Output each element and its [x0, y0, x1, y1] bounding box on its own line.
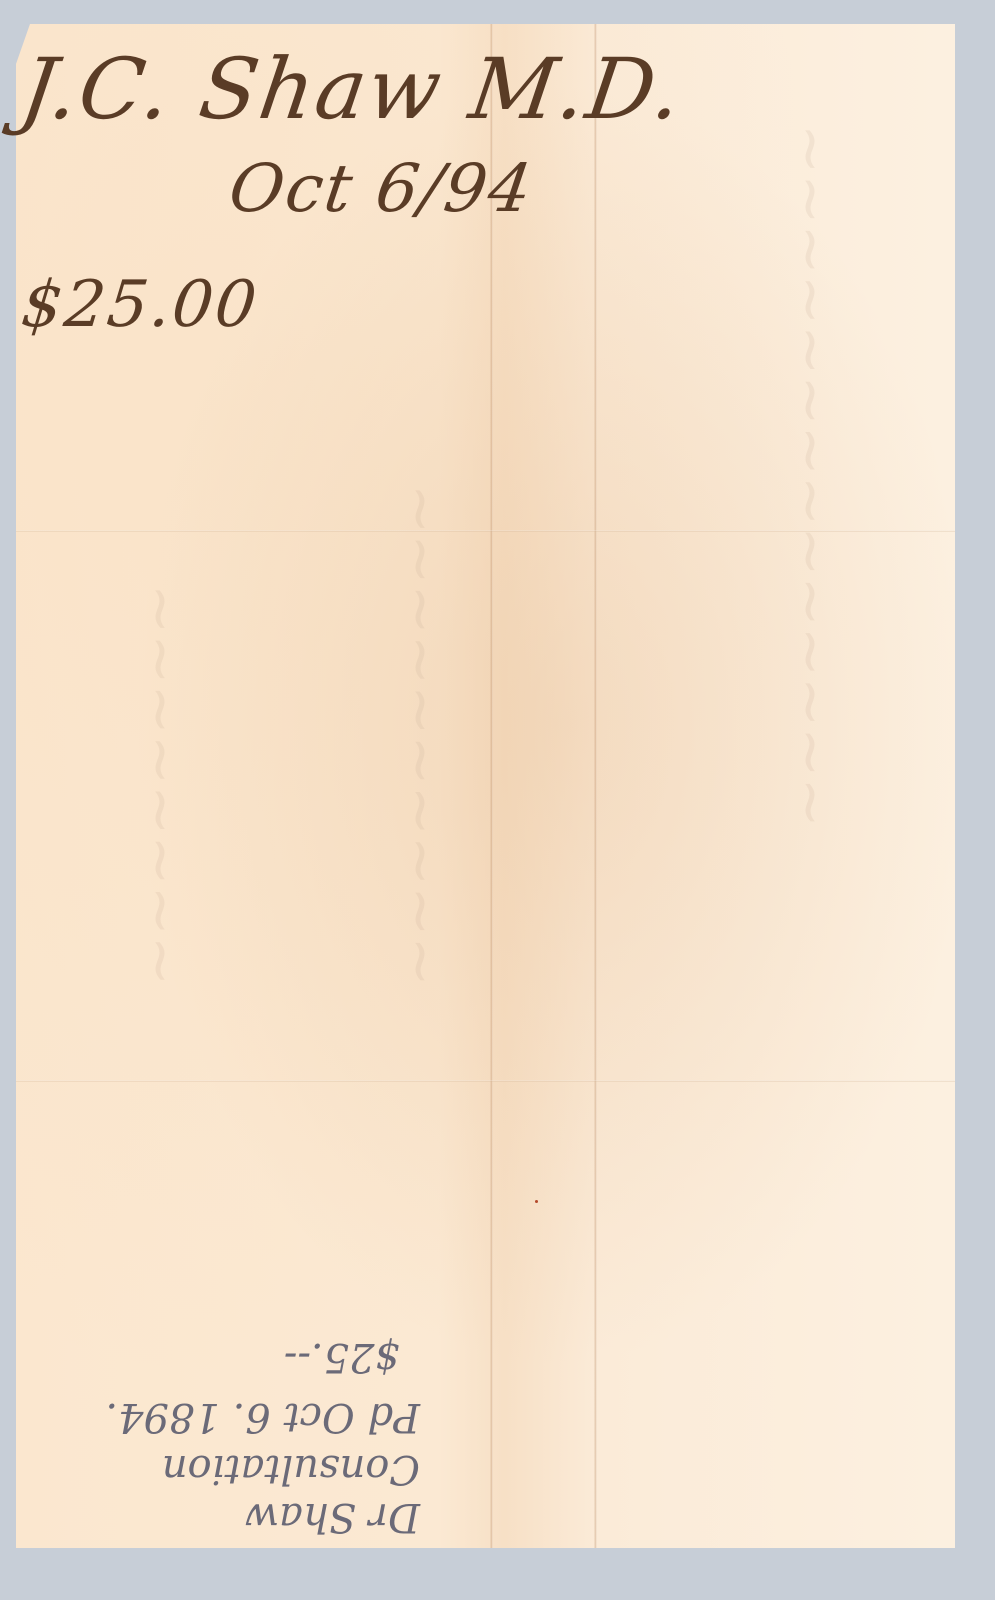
note-amount: $25.-- — [284, 1334, 400, 1380]
note-paid-date: Pd Oct 6. 1894. — [105, 1394, 420, 1440]
physician-name: J.C. Shaw M.D. — [15, 40, 689, 138]
vertical-fold-left — [490, 24, 493, 1548]
vertical-fold-right — [594, 24, 597, 1548]
bleed-through-text-right: ~~~~~~~~~~~~~~ — [776, 124, 846, 828]
inscription-date: Oct 6/94 — [225, 150, 539, 227]
bleed-through-text-center: ~~~~~~~~~~ — [386, 484, 456, 987]
note-payee: Dr Shaw — [245, 1494, 420, 1540]
inverted-pencil-note: Dr Shaw Consultation Pd Oct 6. 1894. $25… — [60, 1290, 460, 1540]
bleed-through-text-left: ~~~~~~~~ — [126, 584, 196, 986]
paper-speck — [535, 1200, 538, 1203]
fee-amount: $25.00 — [18, 268, 262, 342]
note-service: Consultation — [162, 1446, 420, 1492]
horizontal-fold-lower — [16, 1080, 955, 1082]
